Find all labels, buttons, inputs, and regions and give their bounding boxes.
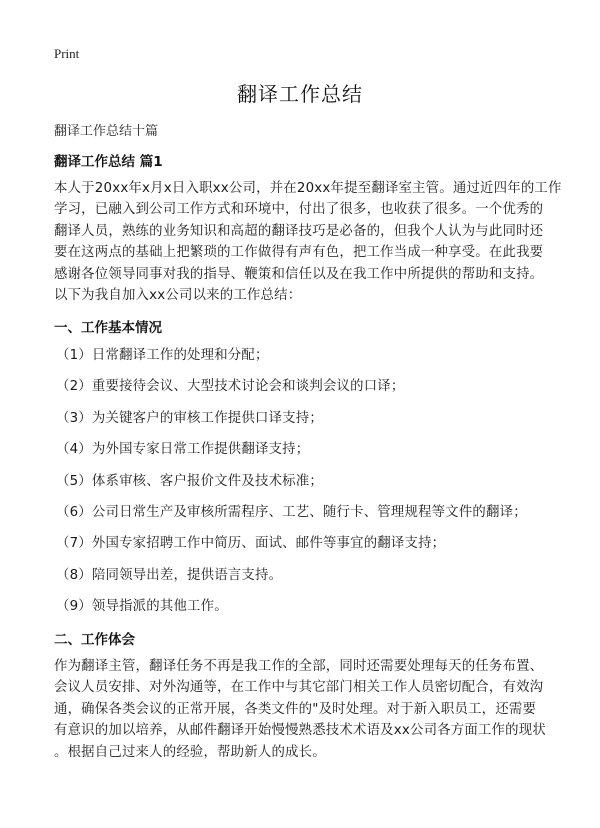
experience-paragraph: 作为翻译主管，翻译任务不再是我工作的全部，同时还需要处理每天的任务布置、 会议人…: [54, 656, 554, 763]
intro-line: 要在这两点的基础上把繁琐的工作做得有声有色，把工作当成一种享受。在此我要: [54, 242, 554, 263]
list-item: （4）为外国专家日常工作提供翻译支持；: [56, 440, 527, 471]
list-item: （6）公司日常生产及审核所需程序、工艺、随行卡、管理规程等文件的翻译；: [56, 503, 527, 534]
intro-paragraph: 本人于20xx年x月x日入职xx公司，并在20xx年提至翻译室主管。通过近四年的…: [54, 178, 554, 285]
document-subtitle: 翻译工作总结十篇: [54, 120, 158, 139]
list-item: （9）领导指派的其他工作。: [56, 597, 527, 628]
print-label[interactable]: Print: [54, 46, 79, 62]
section-title: 翻译工作总结 篇1: [54, 150, 163, 170]
experience-line: 有意识的加以培养，从邮件翻译开始慢慢熟悉技术术语及xx公司各方面工作的现状: [54, 720, 554, 741]
experience-line: 作为翻译主管，翻译任务不再是我工作的全部，同时还需要处理每天的任务布置、: [54, 656, 554, 677]
intro-line: 感谢各位领导同事对我的指导、鞭策和信任以及在我工作中所提供的帮助和支持。: [54, 264, 554, 285]
document-title: 翻译工作总结: [0, 78, 600, 107]
heading-work-basics: 一、工作基本情况: [54, 316, 162, 336]
list-item: （8）陪同领导出差，提供语言支持。: [56, 566, 527, 597]
heading-work-experience: 二、工作体会: [54, 628, 135, 648]
list-item: （2）重要接待会议、大型技术讨论会和谈判会议的口译；: [56, 377, 527, 408]
list-item: （1）日常翻译工作的处理和分配；: [56, 346, 527, 377]
intro-line: 翻译人员，熟练的业务知识和高超的翻译技巧是必备的，但我个人认为与此同时还: [54, 221, 554, 242]
intro-line: 本人于20xx年x月x日入职xx公司，并在20xx年提至翻译室主管。通过近四年的…: [54, 178, 554, 199]
list-item: （5）体系审核、客户报价文件及技术标准；: [56, 472, 527, 503]
list-item: （3）为关键客户的审核工作提供口译支持；: [56, 409, 527, 440]
summary-intro: 以下为我自加入xx公司以来的工作总结：: [54, 285, 554, 306]
experience-line: 。根据自己过来人的经验，帮助新人的成长。: [54, 742, 554, 763]
list-item: （7）外国专家招聘工作中简历、面试、邮件等事宜的翻译支持；: [56, 534, 527, 565]
duties-list: （1）日常翻译工作的处理和分配； （2）重要接待会议、大型技术讨论会和谈判会议的…: [56, 346, 527, 629]
intro-line: 学习，已融入到公司工作方式和环境中，付出了很多，也收获了很多。一个优秀的: [54, 199, 554, 220]
experience-line: 会议人员安排、对外沟通等，在工作中与其它部门相关工作人员密切配合，有效沟: [54, 677, 554, 698]
experience-line: 通，确保各类会议的正常开展，各类文件的"及时处理。对于新入职员工，还需要: [54, 699, 554, 720]
